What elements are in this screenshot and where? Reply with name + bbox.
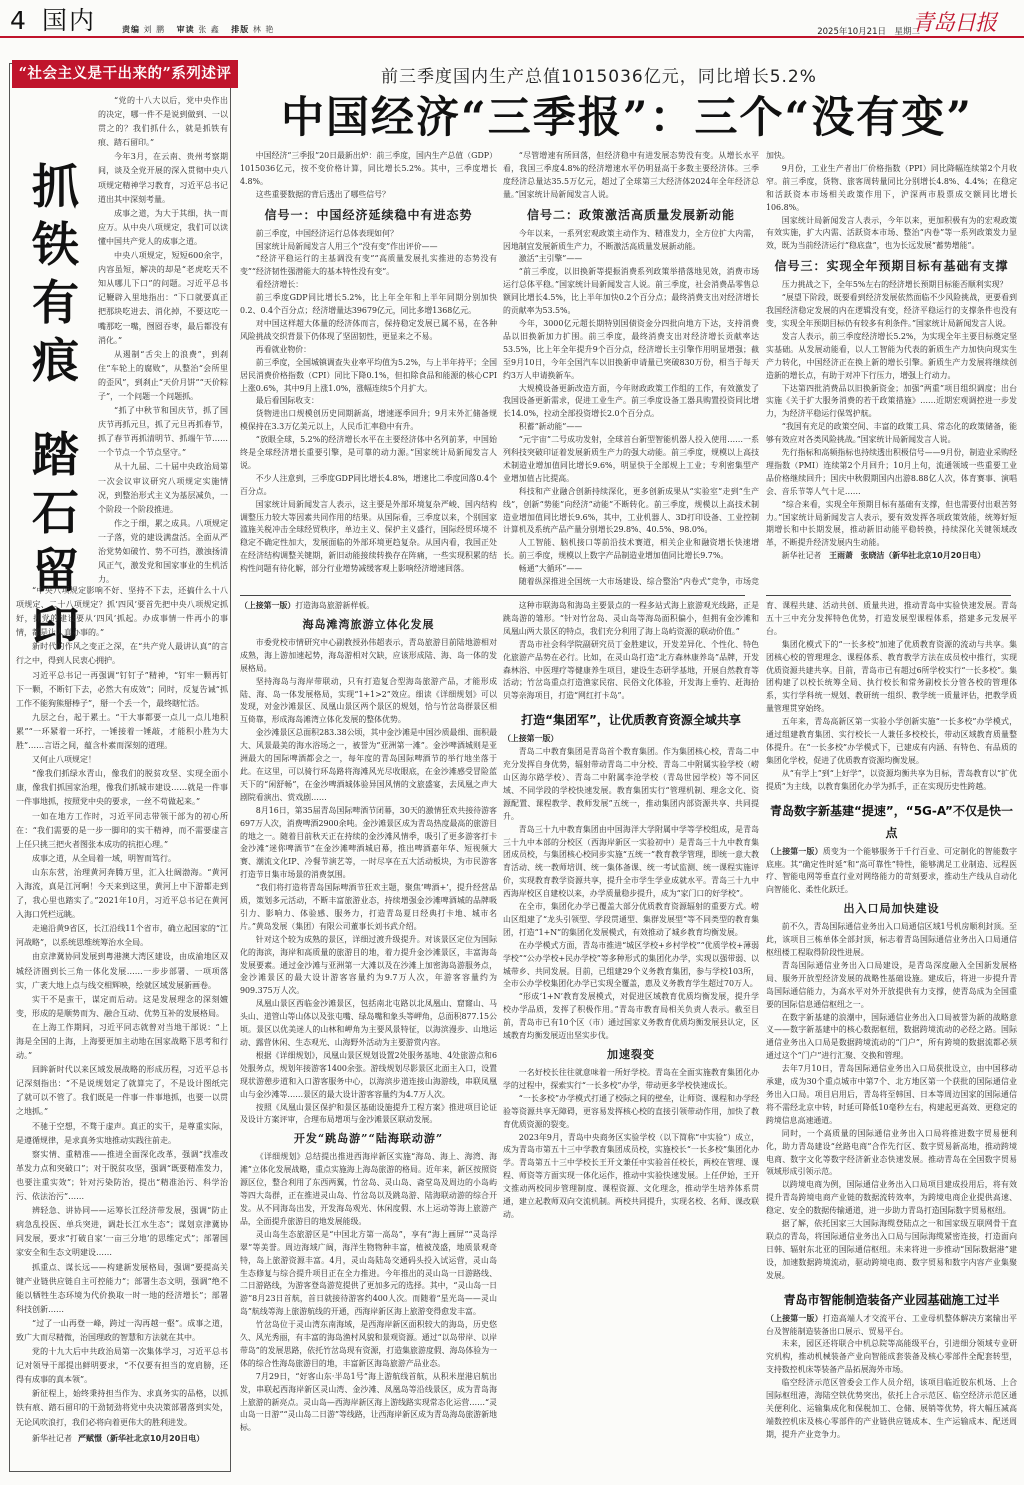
paragraph: 最后看国际收支：	[240, 395, 497, 408]
signal2-heading: 信号二：政策激活高质量发展新动能	[503, 204, 759, 226]
paragraph: 货物进出口规模创历史同期新高，增速逐季回升；9月末外汇储备规模保持在3.3万亿美…	[240, 408, 497, 434]
paragraph: 市委党校市情研究中心副教授孙伟超表示，青岛旅游目前陆地游相对成熟，海上游加速起势…	[240, 637, 497, 676]
paragraph: 今年以来，一系列宏观政策主动作为、精准发力，全方位扩大内需，因地制宜发展新质生产…	[503, 228, 759, 254]
paragraph: 实干不是蛮干，谋定而后动。这是发展理念的深刻嬗变，形成的是顺势而为、融合互动、优…	[16, 993, 228, 1021]
paragraph: 临空经济示范区管委会工作人员介绍，该项目临近胶东机场、上合国际枢纽港，海陆空铁优…	[766, 1377, 1017, 1442]
paragraph: 由京津冀协同发展到粤港澳大湾区建设，由成渝地区双城经济圈到长三角一体化发展……一…	[16, 950, 228, 992]
title-char: 石	[32, 485, 87, 543]
continued-tag: （上接第一版）	[503, 733, 759, 746]
digital-and-manufacturing-column: 育、课程共建、活动共创、质量共进，推动青岛中实验快速发展。青岛五十三中充分发挥特…	[766, 600, 1017, 1475]
paragraph: 集团化模式下的“一长多校”加速了优质教育资源的流动与共享。集团核心校的管理理念、…	[766, 639, 1017, 716]
paragraph: 这种市联海岛和海岛主要景点的一程多站式海上旅游观光线路，正是跳岛游的雏形。“针对…	[503, 600, 759, 639]
paragraph: 从“有学上”到“上好学”，以资源均衡共享为目标，青岛教育以“扩优提质”为主线，以…	[766, 768, 1017, 794]
paragraph: 7月29日，“好客山东·半岛1号”海上游航线首航，从积米崖港启航出发，串联起西海…	[240, 1371, 497, 1436]
paragraph: 科技和产业融合创新持续深化，更多创新成果从“实验室”走到“生产线”，创新“势能”…	[503, 486, 759, 538]
paragraph: 看经济增长：	[240, 279, 497, 292]
paragraph: 一名好校长往往就意味着一所好学校。青岛在全面实施教育集团化办学的过程中，探索实行…	[503, 1067, 759, 1093]
byline-label: 新华社记者	[32, 1434, 72, 1443]
paragraph: 党的十九大后中共政治局第一次集体学习，习近平总书记对领导干部提出鲜明要求，“不仅…	[16, 1345, 228, 1387]
paragraph: 成事之道，为大于其细，执一而应万。从中央八项规定，我们可以读懂中国共产党人的成事…	[98, 207, 228, 249]
paragraph: 根据《详细规划》，凤凰山景区规划设置2处服务基地、4处旅游点和6处服务点，规划年…	[240, 1050, 497, 1102]
paragraph: 中央八项规定，短短600余字，内容虽短，解决的却是“老虎吃天不知从哪儿下口”的问…	[98, 249, 228, 348]
continued-tag: （上接第一版）	[766, 1314, 823, 1323]
paragraph: 前三季度，中国经济运行总体表现如何？	[240, 228, 497, 241]
paragraph: 人工智能、脑机接口等前沿技术赛道，相关企业和融资增长快速增长。前三季度，规模以上…	[503, 537, 759, 563]
paragraph: 青岛三十九中教育集团由中国海洋大学附属中学等学校组成，是青岛三十九中本部的分校区…	[503, 824, 759, 901]
paragraph: 青岛二中教育集团是青岛首个教育集团。作为集团核心校，青岛二中充分发挥自身优势，辐…	[503, 746, 759, 823]
economy-article-col1: 中国经济“三季报”20日最新出炉：前三季度，国内生产总值（GDP）1015036…	[240, 150, 497, 590]
byline-names: 王雨萧 张晓洁（新华社北京10月20日电）	[829, 551, 985, 560]
commentary-body-text: “中央八项规定影响不好、坚持不下去，还搞什么十八项规定、二十八项规定？抓‘四风’…	[16, 584, 228, 1464]
paragraph: 抓重点、谋长远——构建新发展格局，强调“要提高关键产业链供应链自主可控能力”；部…	[16, 1261, 228, 1317]
paragraph: 前三季度GDP同比增长5.2%，比上年全年和上半年同期分别加快0.2、0.4个百…	[240, 292, 497, 318]
manufacturing-title: 青岛市智能制造装备产业园基础施工过半	[766, 1289, 1017, 1311]
paragraph: 按照《凤凰山景区保护和景区基础设施提升工程方案》推进项目论证及设计方案评审，合理…	[240, 1102, 497, 1128]
paragraph: “我国有充足的政策空间、丰富的政策工具、常态化的政策储备，能够有效应对各类风险挑…	[766, 421, 1017, 447]
paragraph: 从遏制“舌尖上的浪费”，到刹住“车轮上的腐败”，从整治“会所里的歪风”，到刹止“…	[98, 348, 228, 404]
paragraph: 先行指标和高频指标也持续透出积极信号——9月份，制造业采购经理指数（PMI）连续…	[766, 447, 1017, 499]
newspaper-logo: 青岛日报	[912, 6, 996, 37]
education-article: 这种市联海岛和海岛主要景点的一程多站式海上旅游观光线路，正是跳岛游的雏形。“针对…	[503, 600, 759, 1475]
paragraph: “像我们抓绿水青山，像我们的脱贫攻坚、实现全面小康，像我们抓国家治理，像我们抓城…	[16, 767, 228, 809]
paragraph: “前三季度，以旧换新等提振消费系列政策举措落地见效，消费市场运行总体平稳。”国家…	[503, 266, 759, 318]
paragraph: “展望下阶段，既要看到经济发展依然面临不少风险挑战，更要看到我国经济稳定发展的内…	[766, 292, 1017, 331]
main-headline: 中国经济“三季报”：三个“没有变”	[281, 92, 973, 144]
paragraph: 灵山岛生态旅游区是“中国北方第一高岛”，享有“海上画屏”“灵岛浮翠”等美誉。周边…	[240, 1229, 497, 1319]
layout-role: 排版	[231, 25, 249, 34]
continued-text: 打造海岛旅游新样板。	[295, 601, 374, 610]
tourism-subhead: 海岛滩湾旅游立体化发展	[240, 615, 497, 635]
paragraph: 成事之道，从全局着一域，明智而笃行。	[16, 852, 228, 866]
paragraph: 2023年9月，青岛中央商务区实验学校（以下简称“中实验”）成立，成为青岛市第五…	[503, 1132, 759, 1222]
paragraph: 国家统计局新闻发言人用三个“没有变”作出评价——	[240, 241, 497, 254]
paragraph: 发言人表示，前三季度经济增长5.2%，为实现全年主要目标奠定坚实基础。从发展动能…	[766, 331, 1017, 383]
commentary-byline: 新华社记者严赋憬（新华社北京10月20日电）	[16, 1432, 228, 1446]
digital-title: 青岛数字新基建“提速”，“5G-A”不仅是快一点	[766, 800, 1017, 844]
headline-kicker: 前三季度国内生产总值1015036亿元，同比增长5.2%	[381, 62, 817, 87]
paragraph: 五年来，青岛高新区第一实验小学创新实施“一长多校”办学模式，通过组建教育集团、实…	[766, 716, 1017, 768]
masthead-rule	[0, 36, 1024, 38]
education-title: 打造“集团军”，让优质教育资源全域共享	[503, 709, 759, 731]
paragraph: 积蓄“新动能”——	[503, 421, 759, 434]
paragraph: 又何止八项规定！	[16, 753, 228, 767]
tourism-article: （上接第一版）打造海岛旅游新样板。 海岛滩湾旅游立体化发展 市委党校市情研究中心…	[240, 600, 497, 1475]
paragraph: 国家统计局新闻发言人表示，今年以来，更加积极有为的宏观政策有效实施，扩大内需、活…	[766, 215, 1017, 254]
paragraph: 山东东营，治理黄河奔腾万里，汇入壮阔渤海。“黄河入海流，真是江河啊！今天来到这里…	[16, 866, 228, 922]
paragraph: “党的十八大以后，党中央作出的决定，哪一件不是说到做到、一以贯之的？我们抓什么，…	[98, 94, 228, 150]
paragraph: 今年，3000亿元超长期特别国债资金分四批向地方下达，支持消费品以旧换新加力扩围…	[503, 318, 759, 383]
paragraph: 在办学模式方面，青岛市推进“城区学校+乡村学校”“优质学校+薄弱学校”“公办学校…	[503, 940, 759, 992]
paragraph: 新征程上，始终秉持担当作为、求真务实的品格，以抓铁有痕、踏石留印的干劲韧劲将党中…	[16, 1387, 228, 1429]
paragraph: 随着纵深推进全国统一大市场建设、综合整治“内卷式”竞争，市场竞争秩序得到改善，货…	[503, 576, 759, 590]
paragraph: 今年3月，在云南、贵州考察期间，谈及全党开展的深入贯彻中央八项规定精神学习教育，…	[98, 150, 228, 206]
paragraph: 下达第四批消费品以旧换新资金；加强“两重”项目组织调度；出台实施《关于扩大服务消…	[766, 383, 1017, 422]
paragraph: 一如在地方工作时，习近平同志带领干部为的初心所在：“我们需要的是一步一脚印的实干…	[16, 810, 228, 852]
paragraph: 青岛国际通信业务出入口局建设，是青岛深度融入全国新发展格局、服务开放型经济发展的…	[766, 960, 1017, 1012]
paragraph: 察实情、重精准——推进全面深化改革，强调“找准改革发力点和突破口”；对于脱贫攻坚…	[16, 1148, 228, 1204]
paragraph: 育、课程共建、活动共创、质量共进，推动青岛中实验快速发展。青岛五十三中充分发挥特…	[766, 600, 1017, 639]
series-banner: “社会主义是干出来的”系列述评	[12, 60, 238, 88]
paragraph: “抓了中秋节和国庆节，抓了国庆节再抓元旦，抓了元旦再抓春节，抓了春节再抓清明节、…	[98, 404, 228, 460]
economy-article-col2: “尽管增速有所回落，但经济稳中有进发展态势没有变。从增长水平看，我国三季度4.8…	[503, 150, 759, 590]
signal1-heading: 信号一：中国经济延续稳中有进态势	[240, 204, 497, 226]
byline-names: 严赋憬（新华社北京10月20日电）	[78, 1434, 204, 1443]
paragraph: 去年7月10日，青岛国际通信业务出入口局获批设立，由中国移动承建，成为30个重点…	[766, 1063, 1017, 1128]
commentary-top-text: “党的十八大以后，党中央作出的决定，哪一件不是说到做到、一以贯之的？我们抓什么，…	[98, 94, 228, 584]
economy-byline: 新华社记者 王雨萧 张晓洁（新华社北京10月20日电）	[766, 550, 1017, 563]
paragraph: “过了一山再登一峰，跨过一沟再越一壑”。成事之道，致广大而尽精微，治国理政的智慧…	[16, 1317, 228, 1345]
title-char: 有	[32, 275, 87, 333]
continued-tag: （上接第一版）	[766, 847, 823, 856]
tourism-subhead: 开发“跳岛游”“陆海联动游”	[240, 1129, 497, 1149]
paragraph: “元宇宙”二号成功发射，全球首台新型智能机器人投入使用……一系列科技突破印证着发…	[503, 434, 759, 486]
paragraph: 作之于细，累之成具。八项规定一子落，党的建设满盘活。全面从严治党势如破竹、势不可…	[98, 517, 228, 584]
section-name: 国内	[42, 6, 96, 36]
title-gap	[32, 391, 87, 427]
paragraph: 大规模设备更新改造方面，今年财政政策工作组的工作，有效激发了我国设备更新需求，促…	[503, 383, 759, 422]
paragraph: 凤凰山景区西临金沙滩景区，包括南北屯路以北凤凰山、窟窿山、马头山、道管山等山体以…	[240, 998, 497, 1050]
paragraph: 中国经济“三季报”20日最新出炉：前三季度，国内生产总值（GDP）1015036…	[240, 150, 497, 189]
paragraph: 在数字新基建的浪潮中，国际通信业务出入口局被誉为新的战略意义——数字新基建中的核…	[766, 1012, 1017, 1064]
paragraph: 回眸新时代以来区域发展战略的形成历程，习近平总书记深刻指出：“不是说规划定了就算…	[16, 1063, 228, 1119]
paragraph: 在全市，集团化办学已覆盖大部分优质教育资源辐射的重要方式。崂山区组建了“龙头引领…	[503, 901, 759, 940]
section-divider	[766, 595, 1011, 596]
title-char: 抓	[32, 159, 87, 217]
paragraph: 畅通“大循环”——	[503, 563, 759, 576]
economy-article-col3: 加快。 9月份，工业生产者出厂价格指数（PPI）同比降幅连续第2个月收窄。前三季…	[766, 150, 1017, 590]
paragraph: “尽管增速有所回落，但经济稳中有进发展态势没有变。从增长水平看，我国三季度4.8…	[503, 150, 759, 202]
paragraph: 不驰于空想，不骛于虚声。真正的实干，是尊重实际，是遵循规律，是求真务实地推动实践…	[16, 1120, 228, 1148]
paragraph: 对中国这样超大体量的经济体而言，保持稳定发展已属不易，在各种风险挑战交织背景下仍…	[240, 318, 497, 344]
section-divider	[240, 595, 745, 596]
paragraph: 走遍沿黄9省区，长江沿线11个省市，确立起国家的“江河战略”，以系统思维统筹治水…	[16, 922, 228, 950]
paragraph: 未来，园区还将联合中机总院等高能级平台，引进细分领域专业研究机构，推动机械装备产…	[766, 1338, 1017, 1377]
editor-name: 刘 鹏	[144, 25, 166, 34]
paragraph: 金沙滩景区总面积283.38公顷，其中金沙滩是中国沙质最细、面积最大、风景最美的…	[240, 727, 497, 804]
paragraph: 习近平总书记一再强调“钉钉子”精神，“钉牢一颗再钉下一颗，不断钉下去，必然大有成…	[16, 669, 228, 711]
paragraph: 《详细规划》总结提出推进西海岸新区实施“海岛、海上、海湾、海滩”立体化发展战略，…	[240, 1151, 497, 1228]
paragraph: 同时，一个高质量的国际通信业务出入口局将推进数字贸易便利化，助力青岛建设“丝路电…	[766, 1128, 1017, 1180]
page-number: 4	[10, 6, 26, 36]
paragraph: “中央八项规定影响不好、坚持不下去，还搞什么十八项规定、二十八项规定？抓‘四风’…	[16, 584, 228, 640]
paragraph: 从十九届、二十届中央政治局第一次会议审议研究八项规定实施情况，到整治形式主义为基…	[98, 460, 228, 516]
paragraph: 8月16日，第35届青岛国际啤酒节闭幕，30天的激情狂欢共接待游客697万人次，…	[240, 805, 497, 882]
paragraph: 9月份，工业生产者出厂价格指数（PPI）同比降幅连续第2个月收窄。前三季度，货物…	[766, 163, 1017, 215]
paragraph: “形成‘1+N’教育发展模式，对促进区域教育优质均衡发展，提升学校办学品质，发挥…	[503, 991, 759, 1043]
byline-label: 新华社记者	[782, 551, 821, 560]
continued-line: （上接第一版）打造高端人才交流平台、工业母机整体解决方案输出平台及智能制造装备出…	[766, 1313, 1017, 1339]
paragraph: 竹岔岛位于灵山湾东南海域，是西海岸新区面积较大的海岛，历史悠久、风光秀丽，有丰富…	[240, 1319, 497, 1371]
paragraph: 不少人注意到，三季度GDP同比增长4.8%，增速比二季度回落0.4个百分点。	[240, 473, 497, 499]
signal3-heading: 信号三：实现全年预期目标有基础有支撑	[766, 255, 1017, 277]
paragraph: 辨轻急、讲协同——运筹长江经济带发展，强调“防止病急乱投医、单兵突进，调赴长江水…	[16, 1204, 228, 1260]
education-subhead: 加速裂变	[503, 1045, 759, 1065]
paragraph: 据了解，依托国家三大国际海缆登陆点之一和国家级互联网骨干直联点的青岛，将国际通信…	[766, 1218, 1017, 1283]
paragraph: 再看就业物价：	[240, 344, 497, 357]
paragraph: “我们将打造将青岛国际啤酒节狂欢主题，聚焦‘啤酒+’，提升经营品质，策划多元活动…	[240, 882, 497, 934]
title-char: 铁	[32, 217, 87, 275]
paragraph: 前不久，青岛国际通信业务出入口局通信区域1号机房顺利封顶。至此，该项目三栋单体全…	[766, 921, 1017, 960]
digital-subhead: 出入口局加快建设	[766, 899, 1017, 919]
paragraph: “综合来看，实现全年预期目标有基础有支撑，但也需要付出艰苦努力。”国家统计局新闻…	[766, 499, 1017, 551]
paragraph: “放眼全球，5.2%的经济增长水平在主要经济体中名列前茅，中国始终是全球经济增长…	[240, 434, 497, 473]
paragraph: “经济平稳运行的主基调没有变”“高质量发展扎实推进的态势没有变”“经济韧性强潜能…	[240, 253, 497, 279]
continued-line: （上接第一版）打造海岛旅游新样板。	[240, 600, 497, 613]
paragraph: 坚持海岛与海岸带联动，只有打造复合型海岛旅游产品，才能形成陆、海、岛一体发展格局…	[240, 676, 497, 728]
reviewer-name: 张 鑫	[198, 25, 220, 34]
paragraph: 针对这个较为成熟的景区，详细过渡升级提升。对该景区定位为国际化的海滨，海岸和高质…	[240, 934, 497, 999]
paragraph: 在上海工作期间，习近平同志就曾对当地干部说：“上海是全国的上海，上海要更加主动地…	[16, 1021, 228, 1063]
reviewer-role: 审读	[177, 25, 195, 34]
paragraph: 激活“主引擎”——	[503, 253, 759, 266]
paragraph: “一长多校”办学模式打通了校际之间的壁垒，让师资、课程和办学经验等资源共享无障碍…	[503, 1093, 759, 1132]
commentary-box: “社会主义是干出来的”系列述评 抓 铁 有 痕 踏 石 留 印 “党的十八大以后…	[9, 63, 231, 1472]
page-masthead: 4 国内 责编 刘 鹏 审读 张 鑫 排版 林 艳 2025年10月21日 星期…	[10, 6, 1014, 36]
continued-tag: （上接第一版）	[240, 601, 295, 610]
editor-credits: 责编 刘 鹏 审读 张 鑫 排版 林 艳	[122, 24, 274, 35]
paragraph: 新时代的作风之变正之深，在“共产党人最讲认真”的言行之中，得到人民衷心拥护。	[16, 640, 228, 668]
paragraph: 以跨境电商为例，国际通信业务出入口局项目建成投用后，将有效提升青岛跨境电商产业链…	[766, 1179, 1017, 1218]
layout-name: 林 艳	[253, 25, 275, 34]
paragraph: 九层之台，起于累土。“干大事都要一点儿一点儿地积累”“一环紧着一环拧，一锤接着一…	[16, 711, 228, 753]
paragraph: 前三季度，全国城镇调查失业率平均值为5.2%，与上半年持平；全国居民消费价格指数…	[240, 357, 497, 396]
continued-line: （上接第一版）质变为一个能够服务于千行百业、可定制化的智能数字底座。其“确定性时…	[766, 846, 1017, 898]
paragraph: 加快。	[766, 150, 1017, 163]
paragraph: 这些重要数据的背后透出了哪些信号？	[240, 189, 497, 202]
paragraph: 青岛市社会科学院副研究员丁金胜建议，开发差异化、个性化、特色化旅游产品势在必行。…	[503, 639, 759, 704]
paragraph: 国家统计局新闻发言人表示，这主要是外部环境复杂严峻、国内结构调整压力较大等因素共…	[240, 499, 497, 576]
paragraph: 压力挑战之下，全年5%左右的经济增长预期目标能否顺利实现？	[766, 279, 1017, 292]
editor-role: 责编	[122, 25, 140, 34]
title-char: 踏	[32, 427, 87, 485]
title-char: 痕	[32, 333, 87, 391]
